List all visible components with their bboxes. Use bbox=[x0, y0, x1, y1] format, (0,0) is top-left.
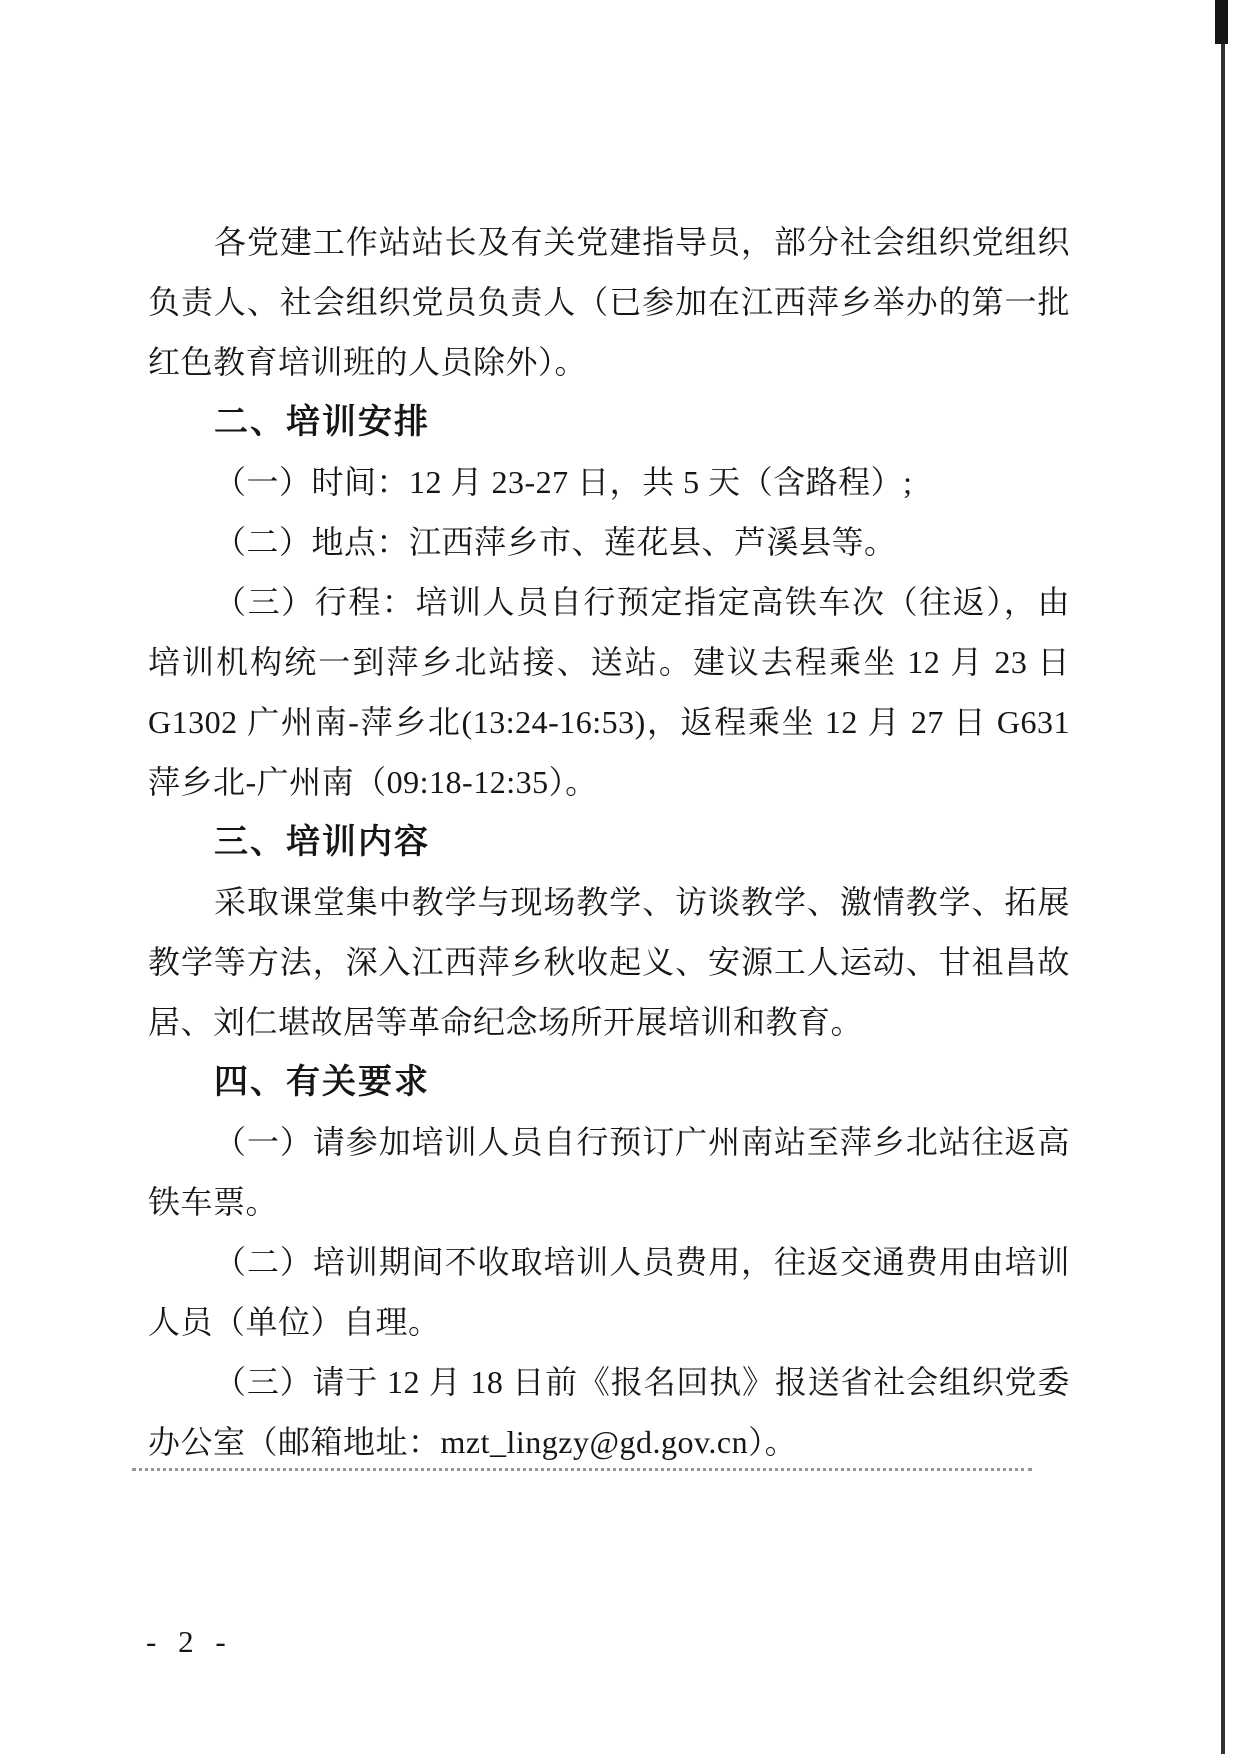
text-line: 培训机构统一到萍乡北站接、送站。建议去程乘坐 12 月 23 日 bbox=[148, 632, 1070, 692]
document-body: 各党建工作站站长及有关党建指导员，部分社会组织党组织负责人、社会组织党员负责人（… bbox=[148, 212, 1070, 1472]
text-line: 萍乡北-广州南（09:18-12:35）。 bbox=[148, 752, 1070, 812]
document-page: 各党建工作站站长及有关党建指导员，部分社会组织党组织负责人、社会组织党员负责人（… bbox=[0, 0, 1240, 1754]
text-line: 办公室（邮箱地址：mzt_lingzy@gd.gov.cn）。 bbox=[148, 1412, 1070, 1472]
text-line: （三）请于 12 月 18 日前《报名回执》报送省社会组织党委 bbox=[148, 1352, 1070, 1412]
text-line: 教学等方法，深入江西萍乡秋收起义、安源工人运动、甘祖昌故 bbox=[148, 932, 1070, 992]
text-line: 居、刘仁堪故居等革命纪念场所开展培训和教育。 bbox=[148, 992, 1070, 1052]
section-heading: 二、培训安排 bbox=[148, 392, 1070, 452]
section-heading: 四、有关要求 bbox=[148, 1052, 1070, 1112]
text-line: 负责人、社会组织党员负责人（已参加在江西萍乡举办的第一批 bbox=[148, 272, 1070, 332]
scan-edge-line bbox=[1221, 0, 1225, 1754]
section-heading: 三、培训内容 bbox=[148, 812, 1070, 872]
text-line: （二）地点：江西萍乡市、莲花县、芦溪县等。 bbox=[148, 512, 1070, 572]
text-line: 红色教育培训班的人员除外）。 bbox=[148, 332, 1070, 392]
text-line: （二）培训期间不收取培训人员费用，往返交通费用由培训 bbox=[148, 1232, 1070, 1292]
scan-edge-corner bbox=[1215, 0, 1228, 44]
text-line: G1302 广州南-萍乡北(13:24-16:53)，返程乘坐 12 月 27 … bbox=[148, 692, 1070, 752]
text-line: 人员（单位）自理。 bbox=[148, 1292, 1070, 1352]
text-line: 各党建工作站站长及有关党建指导员，部分社会组织党组织 bbox=[148, 212, 1070, 272]
text-line: （一）时间：12 月 23-27 日，共 5 天（含路程）; bbox=[148, 452, 1070, 512]
text-line: （一）请参加培训人员自行预订广州南站至萍乡北站往返高 bbox=[148, 1112, 1070, 1172]
page-number: - 2 - bbox=[146, 1620, 256, 1664]
text-line: （三）行程：培训人员自行预定指定高铁车次（往返），由 bbox=[148, 572, 1070, 632]
scan-noise-strip bbox=[132, 1468, 1032, 1471]
text-line: 采取课堂集中教学与现场教学、访谈教学、激情教学、拓展 bbox=[148, 872, 1070, 932]
text-line: 铁车票。 bbox=[148, 1172, 1070, 1232]
